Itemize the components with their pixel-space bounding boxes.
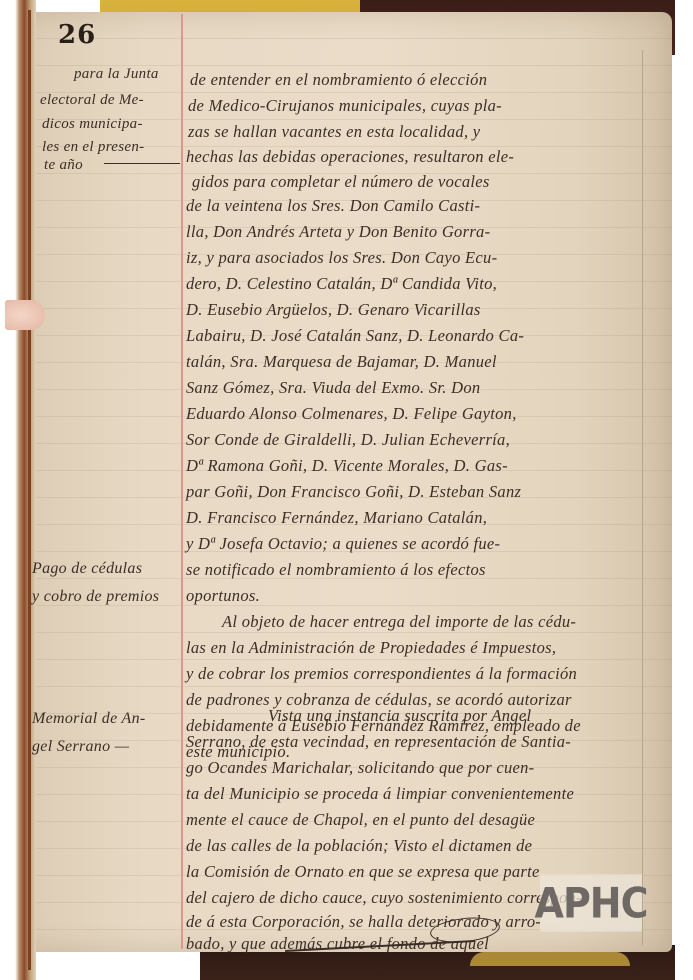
right-page-rule [642,50,643,945]
finger-holding-page [5,300,45,330]
body-line: de la veintena los Sres. Don Camilo Cast… [186,196,480,216]
body-line: gidos para completar el número de vocale… [192,172,490,192]
margin-note-line: te año [44,157,83,174]
body-line: Dª Ramona Goñi, D. Vicente Morales, D. G… [186,456,508,476]
body-line: y de cobrar los premios correspondientes… [186,664,577,684]
margin-note-line: para la Junta [74,66,159,83]
body-line: se notificado el nombramiento á los efec… [186,560,486,580]
body-line: dero, D. Celestino Catalán, Dª Candida V… [186,274,497,294]
body-line: talán, Sra. Marquesa de Bajamar, D. Manu… [186,352,497,372]
body-line: iz, y para asociados los Sres. Don Cayo … [186,248,497,268]
body-line: D. Francisco Fernández, Mariano Catalán, [186,508,487,528]
margin-note-line: gel Serrano — [32,738,129,756]
body-line: de Medico-Cirujanos municipales, cuyas p… [188,96,502,116]
margin-underline [104,163,180,164]
spine-rule [28,10,31,970]
right-edge [675,0,693,980]
body-line: go Ocandes Marichalar, solicitando que p… [186,758,534,778]
body-line: lla, Don Andrés Arteta y Don Benito Gorr… [186,222,490,242]
margin-note-line: y cobro de premios [32,588,159,606]
margin-note-line: Pago de cédulas [32,560,142,578]
body-line: mente el cauce de Chapol, en el punto de… [186,810,535,830]
body-line: de entender en el nombramiento ó elecció… [190,70,487,90]
archive-watermark: APHC [540,874,642,931]
body-line: y Dª Josefa Octavio; a quienes se acordó… [186,534,500,554]
body-line: hechas las debidas operaciones, resultar… [186,147,514,167]
body-line: Vista una instancia suscrita por Angel [268,706,531,726]
body-line: Labairu, D. José Catalán Sanz, D. Leonar… [186,326,524,346]
margin-note-line: les en el presen- [42,139,144,156]
body-line: ta del Municipio se proceda á limpiar co… [186,784,574,804]
body-line: Eduardo Alonso Colmenares, D. Felipe Gay… [186,404,517,424]
body-line: par Goñi, Don Francisco Goñi, D. Esteban… [186,482,521,502]
body-line: Sor Conde de Giraldelli, D. Julian Echev… [186,430,510,450]
page-number: 26 [58,20,96,50]
body-line: Al objeto de hacer entrega del importe d… [222,612,576,632]
body-line: oportunos. [186,586,260,606]
margin-rule [181,14,183,949]
body-line: de las calles de la población; Visto el … [186,836,532,856]
body-line: zas se hallan vacantes en esta localidad… [188,122,480,142]
yellow-folder-edge-bottom [470,952,630,966]
body-line: las en la Administración de Propiedades … [186,638,556,658]
body-line: del cajero de dicho cauce, cuyo sostenim… [186,888,582,908]
body-line: Serrano, de esta vecindad, en representa… [186,732,571,752]
body-line: Sanz Gómez, Sra. Viuda del Exmo. Sr. Don [186,378,480,398]
body-line: D. Eusebio Argüelos, D. Genaro Vicarilla… [186,300,481,320]
book-spine [10,0,36,980]
body-line: la Comisión de Ornato en que se expresa … [186,862,540,882]
margin-note-line: dicos municipa- [42,116,143,133]
margin-note-line: electoral de Me- [40,92,144,109]
margin-note-line: Memorial de An- [32,710,146,728]
